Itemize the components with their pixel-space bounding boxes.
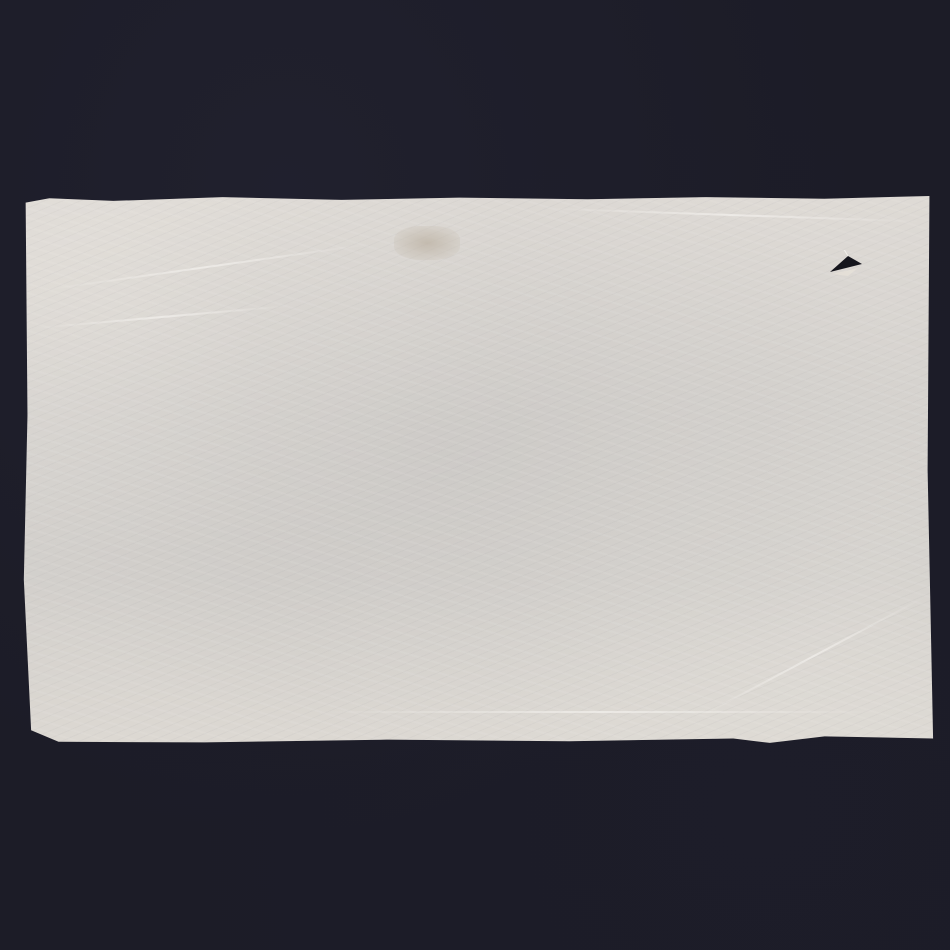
paper-text: [22, 196, 934, 744]
